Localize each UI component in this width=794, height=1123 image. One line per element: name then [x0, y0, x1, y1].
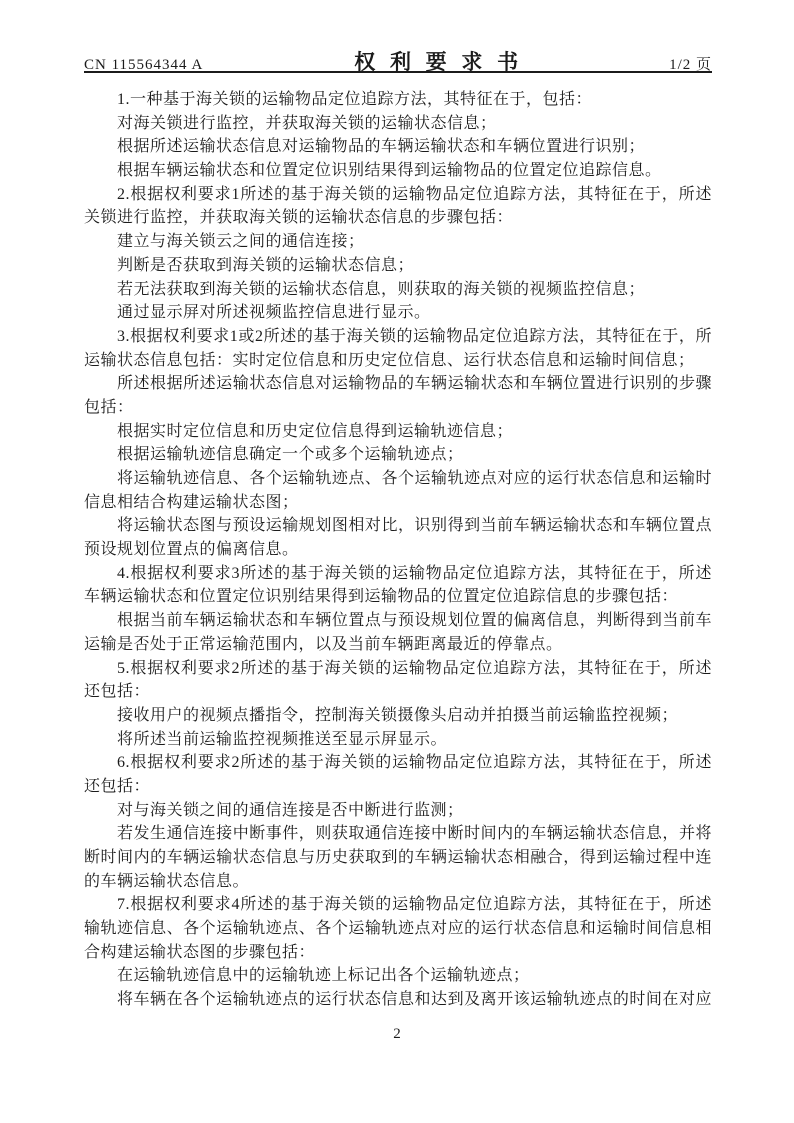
claims-line: 断时间内的车辆运输状态信息与历史获取到的车辆运输状态相融合，得到运输过程中连续 — [84, 846, 712, 870]
claims-line: 1.一种基于海关锁的运输物品定位追踪方法，其特征在于，包括： — [84, 88, 712, 112]
claims-line: 6.根据权利要求2所述的基于海关锁的运输物品定位追踪方法，其特征在于，所述方法 — [84, 751, 712, 775]
claims-text: 1.一种基于海关锁的运输物品定位追踪方法，其特征在于，包括：对海关锁进行监控，并… — [84, 88, 712, 1012]
claims-line: 还包括： — [84, 775, 712, 799]
header-divider — [84, 71, 712, 73]
claims-line: 将车辆在各个运输轨迹点的运行状态信息和达到及离开该运输轨迹点的时间在对应 — [84, 988, 712, 1012]
claims-line: 建立与海关锁云之间的通信连接； — [84, 230, 712, 254]
claims-line: 关锁进行监控，并获取海关锁的运输状态信息的步骤包括： — [84, 206, 712, 230]
claims-line: 若发生通信连接中断事件，则获取通信连接中断时间内的车辆运输状态信息，并将中 — [84, 822, 712, 846]
claims-line: 判断是否获取到海关锁的运输状态信息； — [84, 254, 712, 278]
claims-line: 预设规划位置点的偏离信息。 — [84, 538, 712, 562]
page-number: 2 — [393, 1026, 401, 1042]
claims-line: 根据当前车辆运输状态和车辆位置点与预设规划位置的偏离信息，判断得到当前车辆 — [84, 609, 712, 633]
claims-line: 输轨迹信息、各个运输轨迹点、各个运输轨迹点对应的运行状态信息和运输时间信息相结 — [84, 917, 712, 941]
claims-line: 2.根据权利要求1所述的基于海关锁的运输物品定位追踪方法，其特征在于，所述对海 — [84, 183, 712, 207]
claims-line: 信息相结合构建运输状态图； — [84, 491, 712, 515]
claims-line: 根据运输轨迹信息确定一个或多个运输轨迹点； — [84, 443, 712, 467]
claims-line: 7.根据权利要求4所述的基于海关锁的运输物品定位追踪方法，其特征在于，所述将运 — [84, 893, 712, 917]
claims-line: 将运输状态图与预设运输规划图相对比，识别得到当前车辆运输状态和车辆位置点与 — [84, 514, 712, 538]
claims-line: 接收用户的视频点播指令，控制海关锁摄像头启动并拍摄当前运输监控视频； — [84, 704, 712, 728]
claims-line: 合构建运输状态图的步骤包括： — [84, 941, 712, 965]
claims-line: 运输是否处于正常运输范围内，以及当前车辆距离最近的停靠点。 — [84, 633, 712, 657]
claims-line: 通过显示屏对所述视频监控信息进行显示。 — [84, 301, 712, 325]
claims-line: 运输状态信息包括：实时定位信息和历史定位信息、运行状态信息和运输时间信息； — [84, 349, 712, 373]
claims-line: 3.根据权利要求1或2所述的基于海关锁的运输物品定位追踪方法，其特征在于，所述 — [84, 325, 712, 349]
claims-line: 在运输轨迹信息中的运输轨迹上标记出各个运输轨迹点； — [84, 964, 712, 988]
claims-line: 车辆运输状态和位置定位识别结果得到运输物品的位置定位追踪信息的步骤包括： — [84, 585, 712, 609]
claims-line: 若无法获取到海关锁的运输状态信息，则获取的海关锁的视频监控信息； — [84, 278, 712, 302]
claims-line: 根据所述运输状态信息对运输物品的车辆运输状态和车辆位置进行识别； — [84, 135, 712, 159]
page-footer: 2 — [0, 1026, 794, 1043]
claims-line: 还包括： — [84, 680, 712, 704]
claims-line: 对与海关锁之间的通信连接是否中断进行监测； — [84, 799, 712, 823]
claims-line: 将运输轨迹信息、各个运输轨迹点、各个运输轨迹点对应的运行状态信息和运输时间 — [84, 467, 712, 491]
claims-line: 将所述当前运输监控视频推送至显示屏显示。 — [84, 728, 712, 752]
claims-line: 4.根据权利要求3所述的基于海关锁的运输物品定位追踪方法，其特征在于，所述根据 — [84, 562, 712, 586]
claims-line: 5.根据权利要求2所述的基于海关锁的运输物品定位追踪方法，其特征在于，所述方法 — [84, 657, 712, 681]
claims-line: 根据实时定位信息和历史定位信息得到运输轨迹信息； — [84, 420, 712, 444]
patent-claims-page: CN 115564344 A 权利要求书 1/2 页 1.一种基于海关锁的运输物… — [0, 0, 794, 1123]
claims-line: 对海关锁进行监控，并获取海关锁的运输状态信息； — [84, 112, 712, 136]
claims-line: 根据车辆运输状态和位置定位识别结果得到运输物品的位置定位追踪信息。 — [84, 159, 712, 183]
claims-line: 包括： — [84, 396, 712, 420]
claims-line: 的车辆运输状态信息。 — [84, 870, 712, 894]
claims-line: 所述根据所述运输状态信息对运输物品的车辆运输状态和车辆位置进行识别的步骤 — [84, 372, 712, 396]
